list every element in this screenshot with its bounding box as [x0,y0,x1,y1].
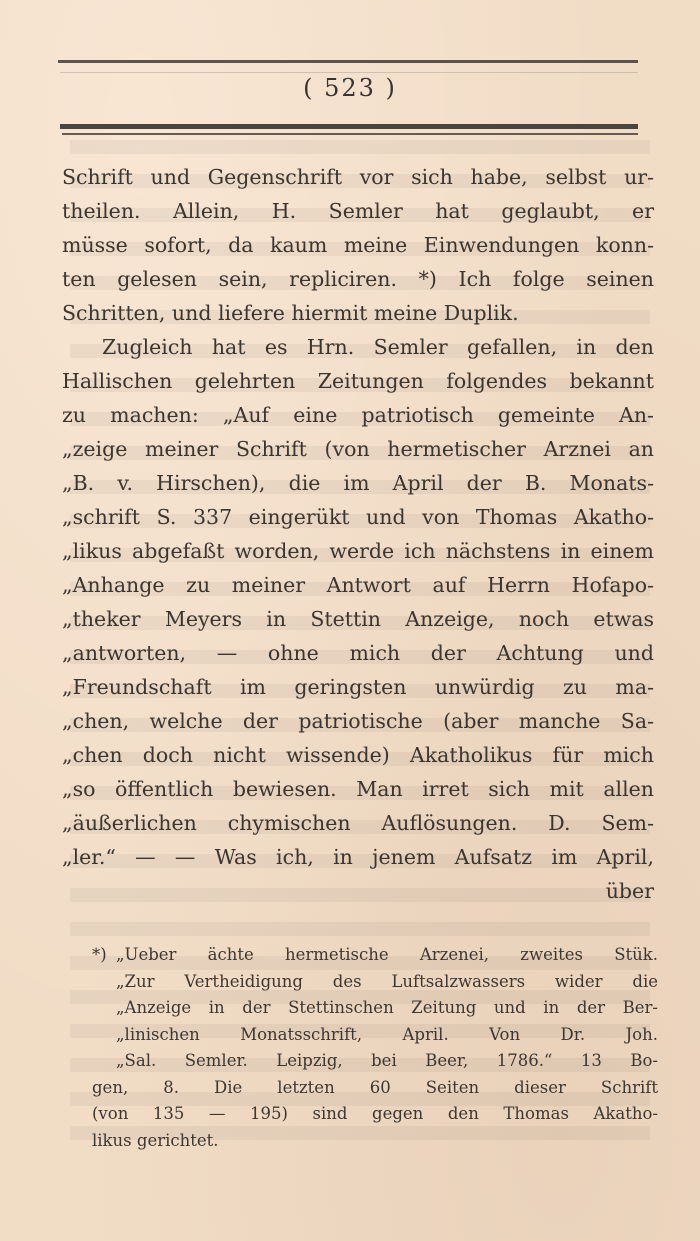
text-line: theilen. Allein, H. Semler hat geglaubt,… [62,194,654,228]
footnote-line: „Zur Vertheidigung des Luftsalzwassers w… [92,969,658,996]
catchword: über [62,874,654,908]
text-line: „chen doch nicht wissende) Akatholikus f… [62,738,654,772]
footnote-line: *)„Ueber ächte hermetische Arzenei, zwei… [92,942,658,969]
text-line: „likus abgefaßt worden, werde ich nächst… [62,534,654,568]
footnote-line: „Sal. Semler. Leipzig, bei Beer, 1786.“ … [92,1048,658,1075]
paragraph-start-line: Zugleich hat es Hrn. Semler gefallen, in… [62,330,654,364]
text-line: „schrift S. 337 eingerükt und von Thomas… [62,500,654,534]
text-line: „Freundschaft im geringsten unwürdig zu … [62,670,654,704]
text-line: „B. v. Hirschen), die im April der B. Mo… [62,466,654,500]
header-rule-top [58,60,638,63]
footnote-line: „linischen Monatsschrift, April. Von Dr.… [92,1022,658,1049]
text-line: „Anhange zu meiner Antwort auf Herrn Hof… [62,568,654,602]
text-line: „theker Meyers in Stettin Anzeige, noch … [62,602,654,636]
text-line: „so öffentlich bewiesen. Man irret sich … [62,772,654,806]
book-page: ( 523 ) Schrift und Gegenschrift vor sic… [0,0,700,1241]
footnote-text: „Ueber ächte hermetische Arzenei, zweite… [116,945,658,964]
text-line: „zeige meiner Schrift (von hermetischer … [62,432,654,466]
footnote-line: likus gerichtet. [92,1128,658,1155]
header-rule-bottom [60,124,638,129]
footnote: *)„Ueber ächte hermetische Arzenei, zwei… [92,942,658,1154]
text-line: „ler.“ — — Was ich, in jenem Aufsatz im … [62,840,654,874]
text-line: Schrift und Gegenschrift vor sich habe, … [62,160,654,194]
text-line: ten gelesen sein, repliciren. *) Ich fol… [62,262,654,296]
main-text: Schrift und Gegenschrift vor sich habe, … [62,160,654,908]
text-line: Schritten, und liefere hiermit meine Dup… [62,296,654,330]
text-line: „chen, welche der patriotische (aber man… [62,704,654,738]
text-line: Hallischen gelehrten Zeitungen folgendes… [62,364,654,398]
text-line: müsse sofort, da kaum meine Einwendungen… [62,228,654,262]
text-line: „äußerlichen chymischen Auflösungen. D. … [62,806,654,840]
footnote-line: „Anzeige in der Stettinschen Zeitung und… [92,995,658,1022]
text-line: zu machen: „Auf eine patriotisch gemeint… [62,398,654,432]
page-number: ( 523 ) [0,74,700,102]
footnote-line: gen, 8. Die letzten 60 Seiten dieser Sch… [92,1075,658,1102]
text-line: „antworten, — ohne mich der Achtung und [62,636,654,670]
header-rule-top-thin [60,72,638,73]
footnote-line: (von 135 — 195) sind gegen den Thomas Ak… [92,1101,658,1128]
footnote-marker: *) [92,942,116,969]
header-rule-bottom-thin [62,133,638,135]
